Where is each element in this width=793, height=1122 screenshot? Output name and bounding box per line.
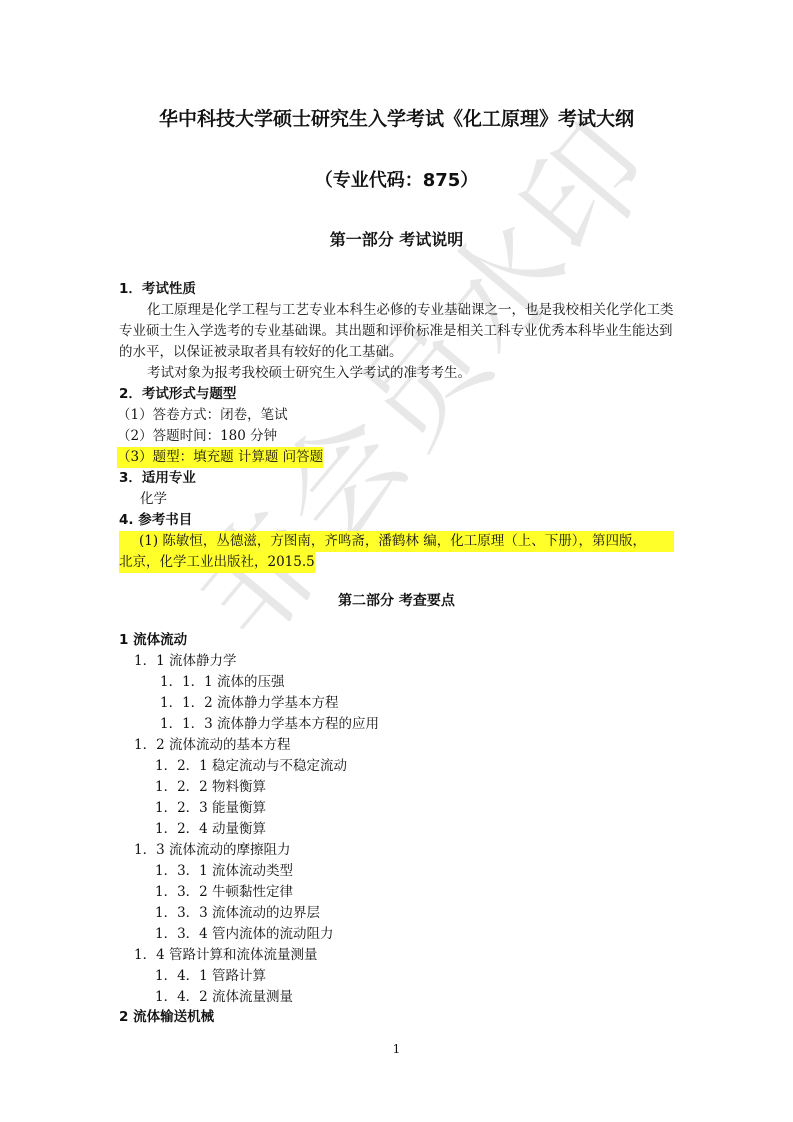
section-1-target: 考试对象为报考我校硕士研究生入学考试的准考考生。	[147, 363, 471, 384]
document-title: 华中科技大学硕士研究生入学考试《化工原理》考试大纲	[0, 104, 793, 131]
outline-subsection: 1．2．2 物料衡算	[155, 777, 266, 798]
part1-heading: 第一部分 考试说明	[0, 227, 793, 250]
outline-subsection: 1．3．2 牛顿黏性定律	[155, 882, 293, 903]
document-page: 非会员水印 华中科技大学硕士研究生入学考试《化工原理》考试大纲 （专业代码：87…	[0, 0, 793, 1122]
outline-subsection: 1．4．2 流体流量测量	[155, 987, 293, 1008]
outline-subsection: 1．3．3 流体流动的边界层	[155, 903, 320, 924]
outline-subsection: 1．3．4 管内流体的流动阻力	[155, 924, 334, 945]
subject-code: （专业代码：875）	[0, 166, 793, 192]
outline-subsection: 1．1．1 流体的压强	[160, 672, 285, 693]
outline-subsection: 1．2．4 动量衡算	[155, 819, 266, 840]
section-2-title: 2．考试形式与题型	[119, 384, 236, 405]
outline-chapter: 1 流体流动	[119, 630, 187, 651]
outline-subsection: 1．1．3 流体静力学基本方程的应用	[160, 714, 379, 735]
reference-book-line-2: 北京，化学工业出版社，2015.5	[119, 552, 315, 573]
section-3-title: 3．适用专业	[119, 468, 196, 489]
exam-format-item: （2）答题时间：180 分钟	[117, 426, 277, 447]
outline-subsection: 1．3．1 流体流动类型	[155, 861, 293, 882]
reference-book-line-1: (1) 陈敏恒，丛德滋，方图南，齐鸣斋，潘鹤林 编，化工原理（上、下册），第四版…	[119, 531, 674, 552]
section-1-paragraph: 化工原理是化学工程与工艺专业本科生必修的专业基础课之一，也是我校相关化学化工类专…	[119, 300, 675, 363]
part2-heading: 第二部分 考查要点	[0, 590, 793, 610]
section-1-title: 1．考试性质	[119, 279, 196, 300]
outline-subsection: 1．1．2 流体静力学基本方程	[160, 693, 339, 714]
outline-subsection: 1．2．1 稳定流动与不稳定流动	[155, 756, 347, 777]
outline-section: 1．2 流体流动的基本方程	[134, 735, 290, 756]
section-4-title: 4. 参考书目	[119, 510, 192, 531]
outline-chapter: 2 流体输送机械	[119, 1007, 214, 1028]
outline-section: 1．3 流体流动的摩擦阻力	[134, 840, 290, 861]
exam-format-item: （1）答卷方式：闭卷，笔试	[117, 405, 288, 426]
outline-subsection: 1．4．1 管路计算	[155, 966, 266, 987]
outline-section: 1．1 流体静力学	[134, 651, 236, 672]
exam-format-item-highlighted: （3）题型：填充题 计算题 问答题	[117, 447, 323, 468]
page-number: 1	[0, 1042, 793, 1056]
applicable-major: 化学	[140, 489, 167, 510]
outline-subsection: 1．2．3 能量衡算	[155, 798, 266, 819]
outline-section: 1．4 管路计算和流体流量测量	[134, 945, 317, 966]
